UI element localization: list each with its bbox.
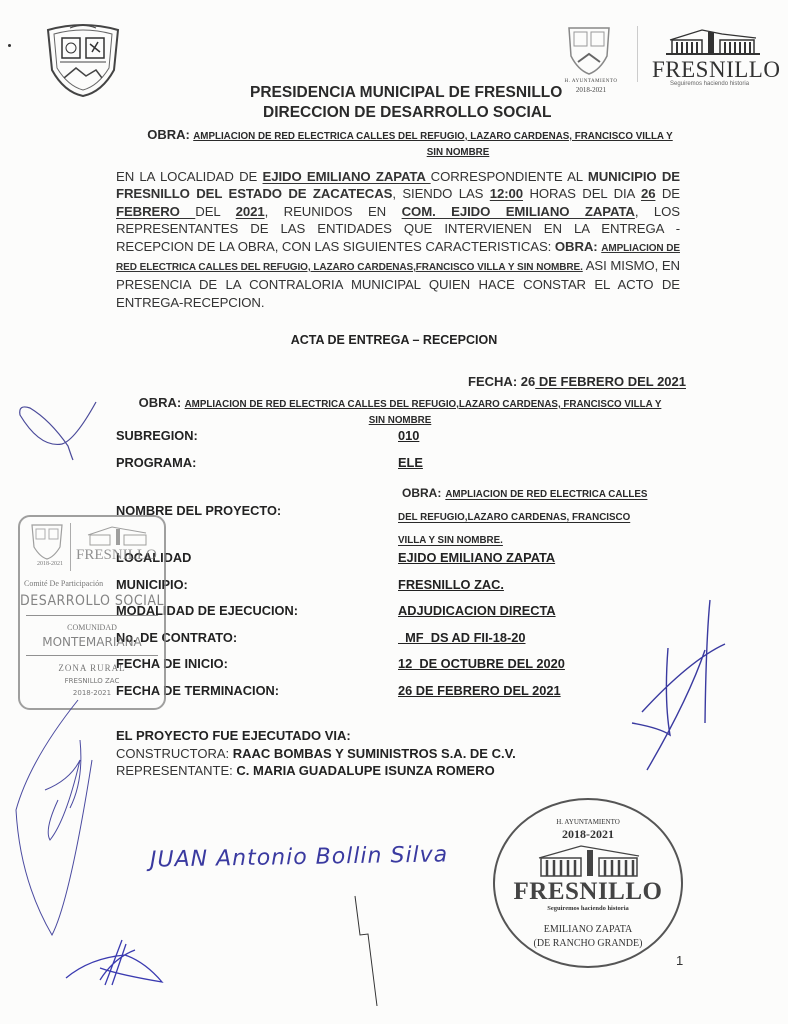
initials-signature-icon <box>20 402 96 460</box>
handwritten-name: JUAN Antonio Bollin Silva <box>150 842 449 872</box>
contractor-signature-icon <box>632 600 725 770</box>
scribble-signature-icon <box>66 940 162 985</box>
committee-signature-icon <box>16 700 92 935</box>
witness-signature-icon <box>355 896 377 1006</box>
document-page: H. AYUNTAMIENTO 2018-2021 FRESNILLO Segu… <box>0 0 788 1024</box>
signatures-layer <box>0 0 788 1024</box>
